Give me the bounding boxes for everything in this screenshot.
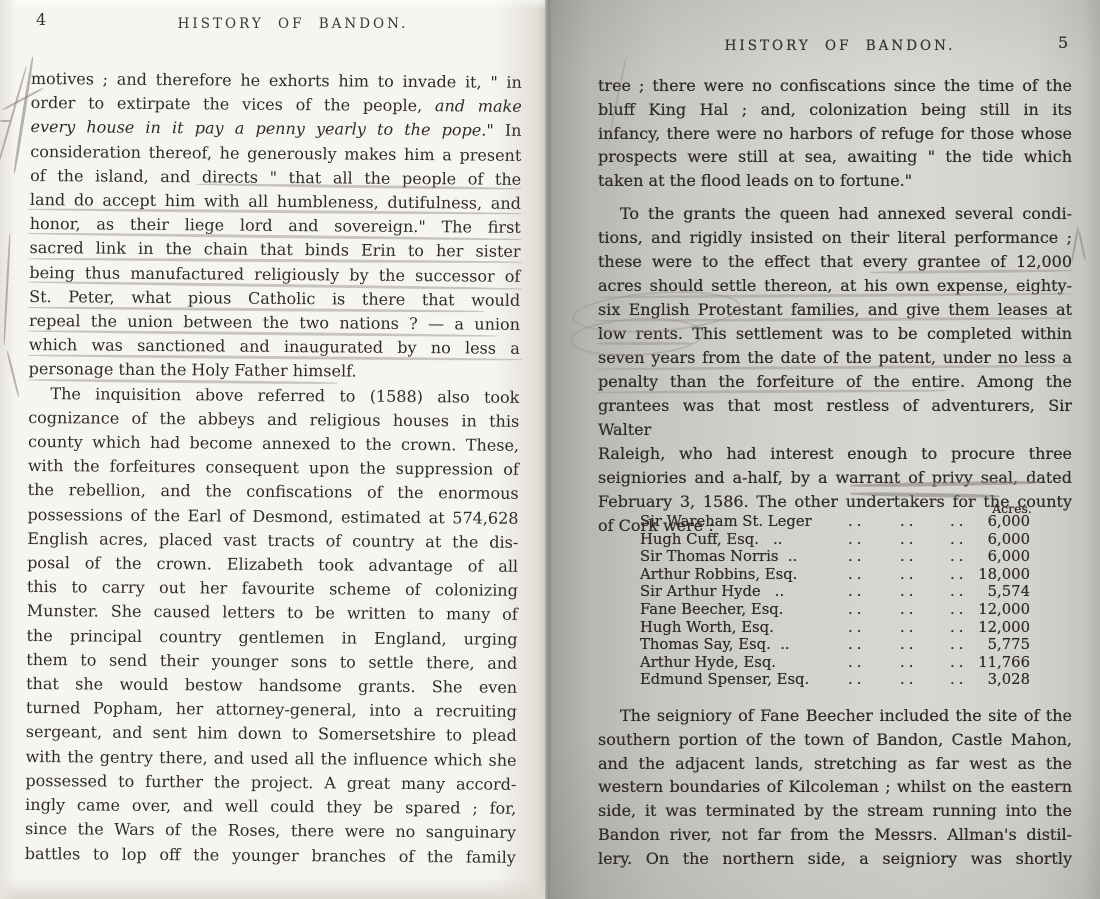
acres-value: 12,000	[940, 601, 1030, 618]
paragraph: motives ; and therefore he exhorts him t…	[29, 67, 522, 385]
leader-dots: ..	[848, 671, 865, 688]
leader-dots: ..	[900, 513, 917, 530]
text-line: with the gentry there, and used all the …	[25, 745, 516, 773]
leader-dots: ..	[848, 583, 865, 600]
acres-value: 18,000	[940, 566, 1030, 583]
acres-value: 12,000	[940, 619, 1030, 636]
undertaker-name: Arthur Robbins, Esq.	[640, 566, 797, 583]
leader-dots: ..	[848, 601, 865, 618]
text-line: the rebellion, and the confiscations of …	[28, 478, 519, 506]
table-row: Arthur Robbins, Esq.......18,000	[598, 566, 1072, 584]
text-line: infancy, there were no harbors of refuge…	[598, 122, 1072, 146]
undertaker-name: Sir Thomas Norris ..	[640, 548, 797, 565]
text-line: side, it was terminated by the stream ru…	[598, 799, 1072, 823]
leader-dots: ..	[900, 566, 917, 583]
text-line: every house in it pay a penny yearly to …	[30, 115, 521, 143]
leader-dots: ..	[900, 619, 917, 636]
leader-dots: ..	[900, 531, 917, 548]
table-row: Edmund Spenser, Esq.......3,028	[598, 671, 1072, 689]
running-head-left: HISTORY OF BANDON.	[38, 16, 548, 32]
text-line: southern portion of the town of Bandon, …	[598, 728, 1072, 752]
text-line: seigniories and a-half, by a warrant of …	[598, 466, 1072, 490]
text-line: Raleigh, who had interest enough to proc…	[598, 442, 1072, 466]
table-row: Fane Beecher, Esq.......12,000	[598, 601, 1072, 619]
leader-dots: ..	[848, 531, 865, 548]
running-head-right: HISTORY OF BANDON.	[598, 38, 1082, 54]
table-row: Hugh Worth, Esq.......12,000	[598, 619, 1072, 637]
text-line: possessions of the Earl of Desmond, esti…	[27, 503, 518, 531]
paragraph: The inquisition above referred to (1588)…	[25, 382, 520, 870]
table-row: Arthur Hyde, Esq.......11,766	[598, 654, 1072, 672]
text-line: and the adjacent lands, stretching as fa…	[598, 752, 1072, 776]
paragraph: The seigniory of Fane Beecher included t…	[598, 704, 1072, 871]
text-line: sergeant, and sent him down to Somersets…	[26, 720, 517, 748]
text-line: consideration thereof, he generously mak…	[30, 140, 521, 168]
page-number-right: 5	[1058, 33, 1068, 52]
leader-dots: ..	[900, 548, 917, 565]
undertaker-name: Arthur Hyde, Esq.	[640, 654, 776, 671]
leader-dots: ..	[900, 671, 917, 688]
leader-dots: ..	[848, 636, 865, 653]
page-gutter	[545, 0, 552, 899]
undertaker-name: Hugh Worth, Esq.	[640, 619, 774, 636]
text-line: The inquisition above referred to (1588)…	[28, 382, 519, 410]
undertaker-name: Sir Arthur Hyde ..	[640, 583, 784, 600]
text-line: To the grants the queen had annexed seve…	[598, 202, 1072, 226]
leader-dots: ..	[900, 583, 917, 600]
undertaker-name: Thomas Say, Esq. ..	[640, 636, 790, 653]
leader-dots: ..	[900, 636, 917, 653]
text-line: the principal country gentlemen in Engla…	[26, 624, 517, 652]
acres-value: 5,775	[940, 636, 1030, 653]
undertaker-name: Edmund Spenser, Esq.	[640, 671, 809, 688]
acres-value: 11,766	[940, 654, 1030, 671]
leader-dots: ..	[848, 654, 865, 671]
leader-dots: ..	[900, 601, 917, 618]
undertaker-name: Sir Wareham St. Leger	[640, 513, 812, 530]
text-line: tions, and rigidly insisted on their lit…	[598, 226, 1072, 250]
paragraph: To the grants the queen had annexed seve…	[598, 202, 1072, 538]
table-row: Sir Wareham St. Leger......6,000	[598, 513, 1072, 531]
leader-dots: ..	[848, 548, 865, 565]
text-line: taken at the flood leads on to fortune."	[598, 169, 1072, 193]
text-line: tree ; there were no confiscations since…	[598, 74, 1072, 98]
text-line: prospects were still at sea, awaiting " …	[598, 145, 1072, 169]
leader-dots: ..	[900, 654, 917, 671]
table-row: Sir Arthur Hyde ........5,574	[598, 583, 1072, 601]
acres-value: 6,000	[940, 513, 1030, 530]
acres-value: 5,574	[940, 583, 1030, 600]
table-row: Hugh Cuff, Esq. ........6,000	[598, 531, 1072, 549]
book-scan: 4 HISTORY OF BANDON. motives ; and there…	[0, 0, 1100, 899]
table-row: Sir Thomas Norris ........6,000	[598, 548, 1072, 566]
text-line: battles to lop off the younger branches …	[25, 841, 516, 869]
leader-dots: ..	[848, 513, 865, 530]
undertakers-table: Sir Wareham St. Leger......6,000Hugh Cuf…	[598, 513, 1072, 689]
text-line: The seigniory of Fane Beecher included t…	[598, 704, 1072, 728]
acres-value: 6,000	[940, 548, 1030, 565]
pencil-mark	[0, 120, 11, 122]
text-line: grantees was that most restless of adven…	[598, 394, 1072, 442]
table-row: Thomas Say, Esq. ........5,775	[598, 636, 1072, 654]
text-line: Bandon river, not far from the Messrs. A…	[598, 823, 1072, 847]
text-line: lery. On the northern side, a seigniory …	[598, 847, 1072, 871]
leader-dots: ..	[848, 619, 865, 636]
undertaker-name: Hugh Cuff, Esq. ..	[640, 531, 782, 548]
text-line: since the Wars of the Roses, there were …	[25, 817, 516, 845]
acres-value: 3,028	[940, 671, 1030, 688]
paragraph: tree ; there were no confiscations since…	[598, 74, 1072, 193]
undertaker-name: Fane Beecher, Esq.	[640, 601, 783, 618]
text-line: bluff King Hal ; and, colonization being…	[598, 98, 1072, 122]
acres-value: 6,000	[940, 531, 1030, 548]
text-line: Munster. She caused letters to be writte…	[27, 599, 518, 627]
leader-dots: ..	[848, 566, 865, 583]
text-line: western boundaries of Kilcoleman ; whils…	[598, 775, 1072, 799]
